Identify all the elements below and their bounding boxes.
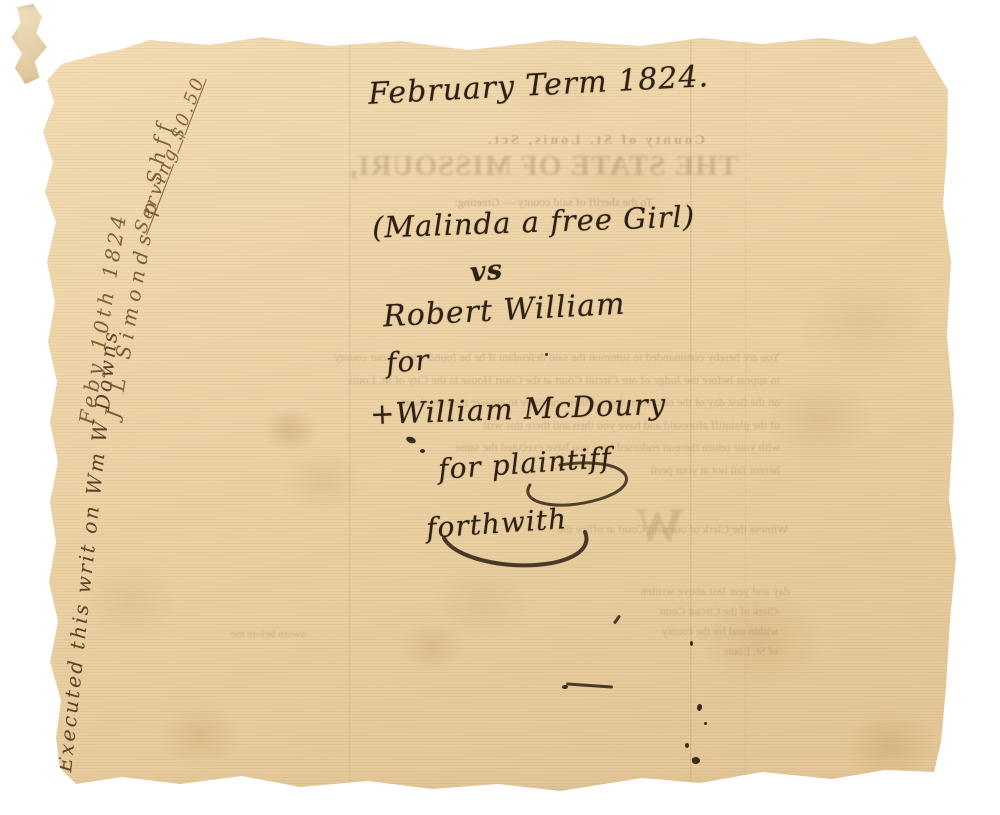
ink-dot xyxy=(685,743,689,748)
fold-crease-left xyxy=(349,36,352,796)
term-date-line: February Term 1824. xyxy=(367,59,710,112)
ink-dash xyxy=(566,682,613,688)
scanned-document: County of St. Louis, Sct. THE STATE OF M… xyxy=(0,0,1000,815)
return-fee-line: Serving $0.50 xyxy=(130,73,209,236)
for-word: for xyxy=(385,343,431,380)
ghost-body-line: You are hereby commanded to summon the s… xyxy=(182,346,780,369)
fold-crease-right-2 xyxy=(745,36,747,796)
ghost-county-line: County of St. Louis, Sct. xyxy=(205,133,705,149)
ghost-clerk-line: within and for the county xyxy=(588,622,778,642)
ink-tick xyxy=(613,615,621,625)
ghost-body-line: to appear before the Judge of our Circui… xyxy=(182,369,780,392)
ghost-footer-fragment: sworn before me xyxy=(185,628,305,640)
second-party-line: +William McDoury xyxy=(369,387,666,431)
flourish-forthwith-tail xyxy=(440,528,595,573)
ink-dot xyxy=(704,722,707,725)
torn-paper-chip xyxy=(10,4,50,84)
ink-blot xyxy=(691,756,701,765)
flourish-plaintiff-loop xyxy=(500,455,650,510)
plaintiff-name-line: (Malinda a free Girl) xyxy=(372,199,696,244)
ghost-seal-line: day and year last above written xyxy=(520,584,790,599)
ink-blot xyxy=(405,435,416,444)
fold-crease-right xyxy=(690,36,693,796)
ink-dot xyxy=(545,353,548,356)
paper-sheet: County of St. Louis, Sct. THE STATE OF M… xyxy=(0,0,1000,815)
ink-dot xyxy=(690,641,693,646)
ink-dot xyxy=(696,704,702,712)
ghost-form-heading: THE STATE OF MISSOURI, xyxy=(398,150,738,183)
ghost-clerk-line: of St. Louis xyxy=(588,642,778,662)
ghost-clerk-block: Clerk of the Circuit Court within and fo… xyxy=(588,602,778,662)
defendant-name-line: Robert William xyxy=(382,287,626,335)
versus-mark: vs xyxy=(468,254,504,288)
ink-blot xyxy=(420,449,425,453)
ink-dot xyxy=(562,685,568,689)
